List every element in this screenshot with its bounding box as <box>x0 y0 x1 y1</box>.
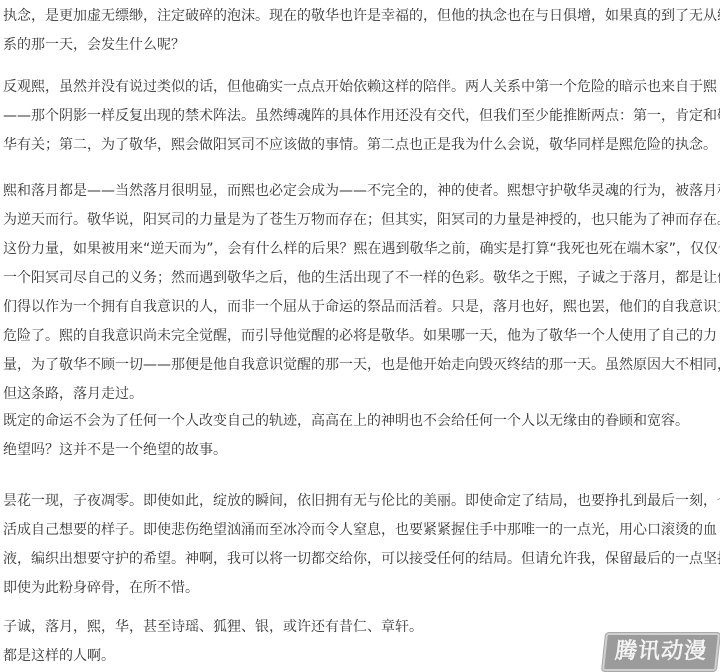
text-line: 熙和落月都是——当然落月很明显，而熙也必定会成为——不完全的，神的使者。熙想守护… <box>3 177 720 206</box>
text-line: 量，为了敬华不顾一切——那便是他自我意识觉醒的那一天，也是他开始走向毁灭终结的那… <box>3 351 720 380</box>
text-line: 一个阳冥司尽自己的义务；然而遇到敬华之后，他的生活出现了不一样的色彩。敬华之于熙… <box>3 264 720 293</box>
text-line: 都是这样的人啊。 <box>3 642 423 671</box>
text-line: 昙花一现，子夜凋零。即使如此，绽放的瞬间，依旧拥有无与伦比的美丽。即使命定了结局… <box>3 487 720 516</box>
text-line: ——那个阴影一样反复出现的禁术阵法。虽然缚魂阵的具体作用还没有交代，但我们至少能… <box>3 102 720 131</box>
text-line: 危险了。熙的自我意识尚未完全觉醒，而引导他觉醒的必将是敬华。如果哪一天，他为了敬… <box>3 322 720 351</box>
text-line: 反观熙，虽然并没有说过类似的话，但他确实一点点开始依赖这样的陪伴。两人关系中第一… <box>3 73 720 102</box>
text-line: 液，编织出想要守护的希望。神啊，我可以将一切都交给你，可以接受任何的结局。但请允… <box>3 545 720 574</box>
text-line: 但这条路，落月走过。 <box>3 380 720 409</box>
paragraph-6: 子诚，落月，熙，华，甚至诗瑶、狐狸、银，或许还有昔仁、章轩。 都是这样的人啊。 <box>3 613 423 671</box>
text-line: 华有关；第二，为了敬华，熙会做阳冥司不应该做的事情。第二点也正是我为什么会说，敬… <box>3 131 720 160</box>
text-line: 执念，是更加虚无缥缈，注定破碎的泡沫。现在的敬华也许是幸福的，但他的执念也在与日… <box>3 2 720 31</box>
text-line: 既定的命运不会为了任何一个人改变自己的轨迹，高高在上的神明也不会给任何一个人以无… <box>3 407 689 436</box>
text-line: 即使为此粉身碎骨，在所不惜。 <box>3 574 720 603</box>
text-line: 绝望吗？这并不是一个绝望的故事。 <box>3 436 689 465</box>
paragraph-3: 熙和落月都是——当然落月很明显，而熙也必定会成为——不完全的，神的使者。熙想守护… <box>3 177 720 409</box>
text-line: 这份力量，如果被用来“逆天而为”，会有什么样的后果？熙在遇到敬华之前，确实是打算… <box>3 235 720 264</box>
text-line: 子诚，落月，熙，华，甚至诗瑶、狐狸、银，或许还有昔仁、章轩。 <box>3 613 423 642</box>
paragraph-5: 昙花一现，子夜凋零。即使如此，绽放的瞬间，依旧拥有无与伦比的美丽。即使命定了结局… <box>3 487 720 603</box>
paragraph-2: 反观熙，虽然并没有说过类似的话，但他确实一点点开始依赖这样的陪伴。两人关系中第一… <box>3 73 720 160</box>
text-line: 们得以作为一个拥有自我意识的人，而非一个屈从于命运的祭品而活着。只是，落月也好，… <box>3 293 720 322</box>
text-line: 为逆天而行。敬华说，阳冥司的力量是为了苍生万物而存在；但其实，阳冥司的力量是神授… <box>3 206 720 235</box>
tencent-comic-watermark-logo: 腾讯动漫 <box>602 633 720 671</box>
paragraph-1: 执念，是更加虚无缥缈，注定破碎的泡沫。现在的敬华也许是幸福的，但他的执念也在与日… <box>3 2 720 60</box>
paragraph-4: 既定的命运不会为了任何一个人改变自己的轨迹，高高在上的神明也不会给任何一个人以无… <box>3 407 689 465</box>
text-line: 系的那一天，会发生什么呢？ <box>3 31 720 60</box>
text-line: 活成自己想要的样子。即使悲伤绝望汹涌而至冰冷而令人窒息，也要紧紧握住手中那唯一的… <box>3 516 720 545</box>
